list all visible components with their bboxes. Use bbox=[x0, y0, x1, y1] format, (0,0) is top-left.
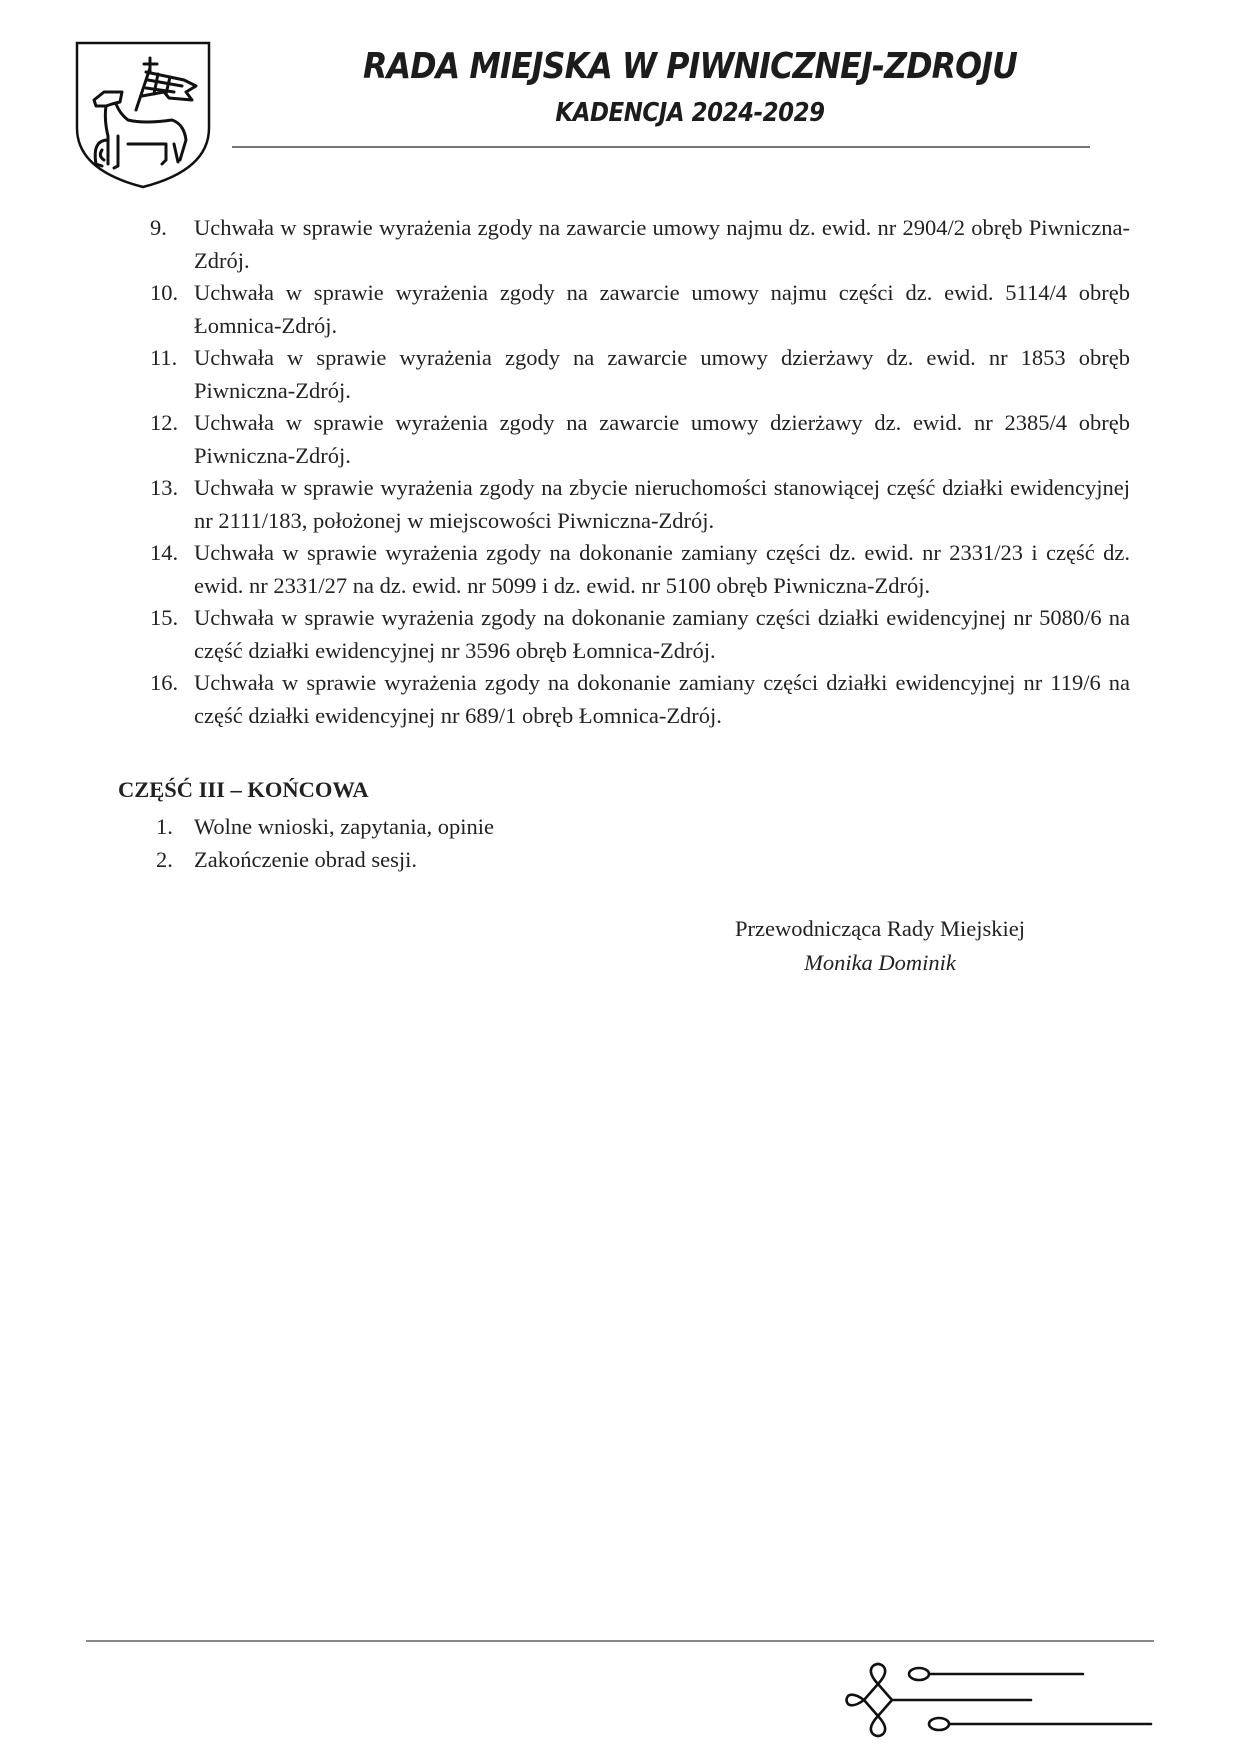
item-text: Uchwała w sprawie wyrażenia zgody na zaw… bbox=[194, 407, 1130, 472]
item-text: Uchwała w sprawie wyrażenia zgody na dok… bbox=[194, 667, 1130, 732]
item-text: Zakończenie obrad sesji. bbox=[194, 843, 417, 876]
item-number: 1. bbox=[156, 810, 194, 843]
section-heading: CZĘŚĆ III – KOŃCOWA bbox=[118, 777, 369, 803]
item-number: 9. bbox=[150, 212, 194, 277]
final-section-list: 1.Wolne wnioski, zapytania, opinie 2.Zak… bbox=[156, 810, 494, 876]
footer-divider bbox=[86, 1640, 1154, 1642]
signature-role: Przewodnicząca Rady Miejskiej bbox=[690, 912, 1070, 946]
term-subtitle: KADENCJA 2024-2029 bbox=[285, 98, 1095, 128]
item-text: Uchwała w sprawie wyrażenia zgody na zaw… bbox=[194, 342, 1130, 407]
agenda-item: 11.Uchwała w sprawie wyrażenia zgody na … bbox=[150, 342, 1130, 407]
agenda-item: 15.Uchwała w sprawie wyrażenia zgody na … bbox=[150, 602, 1130, 667]
item-number: 13. bbox=[150, 472, 194, 537]
final-item: 2.Zakończenie obrad sesji. bbox=[156, 843, 494, 876]
agenda-list: 9.Uchwała w sprawie wyrażenia zgody na z… bbox=[150, 212, 1130, 732]
item-text: Uchwała w sprawie wyrażenia zgody na zaw… bbox=[194, 212, 1130, 277]
final-item: 1.Wolne wnioski, zapytania, opinie bbox=[156, 810, 494, 843]
item-number: 10. bbox=[150, 277, 194, 342]
item-text: Wolne wnioski, zapytania, opinie bbox=[194, 810, 494, 843]
agenda-item: 12.Uchwała w sprawie wyrażenia zgody na … bbox=[150, 407, 1130, 472]
council-title: RADA MIEJSKA W PIWNICZNEJ-ZDROJU bbox=[285, 46, 1095, 87]
signature-block: Przewodnicząca Rady Miejskiej Monika Dom… bbox=[690, 912, 1070, 980]
item-number: 14. bbox=[150, 537, 194, 602]
item-number: 12. bbox=[150, 407, 194, 472]
item-text: Uchwała w sprawie wyrażenia zgody na dok… bbox=[194, 537, 1130, 602]
item-text: Uchwała w sprawie wyrażenia zgody na zaw… bbox=[194, 277, 1130, 342]
decorative-ornament-icon bbox=[845, 1660, 1165, 1740]
item-number: 11. bbox=[150, 342, 194, 407]
header-divider bbox=[232, 146, 1090, 148]
agenda-item: 10.Uchwała w sprawie wyrażenia zgody na … bbox=[150, 277, 1130, 342]
item-text: Uchwała w sprawie wyrażenia zgody na zby… bbox=[194, 472, 1130, 537]
item-number: 2. bbox=[156, 843, 194, 876]
agenda-item: 14.Uchwała w sprawie wyrażenia zgody na … bbox=[150, 537, 1130, 602]
agenda-item: 9.Uchwała w sprawie wyrażenia zgody na z… bbox=[150, 212, 1130, 277]
item-number: 15. bbox=[150, 602, 194, 667]
item-number: 16. bbox=[150, 667, 194, 732]
item-text: Uchwała w sprawie wyrażenia zgody na dok… bbox=[194, 602, 1130, 667]
coat-of-arms-icon bbox=[74, 40, 212, 190]
signature-name: Monika Dominik bbox=[690, 946, 1070, 980]
agenda-item: 13.Uchwała w sprawie wyrażenia zgody na … bbox=[150, 472, 1130, 537]
agenda-item: 16.Uchwała w sprawie wyrażenia zgody na … bbox=[150, 667, 1130, 732]
